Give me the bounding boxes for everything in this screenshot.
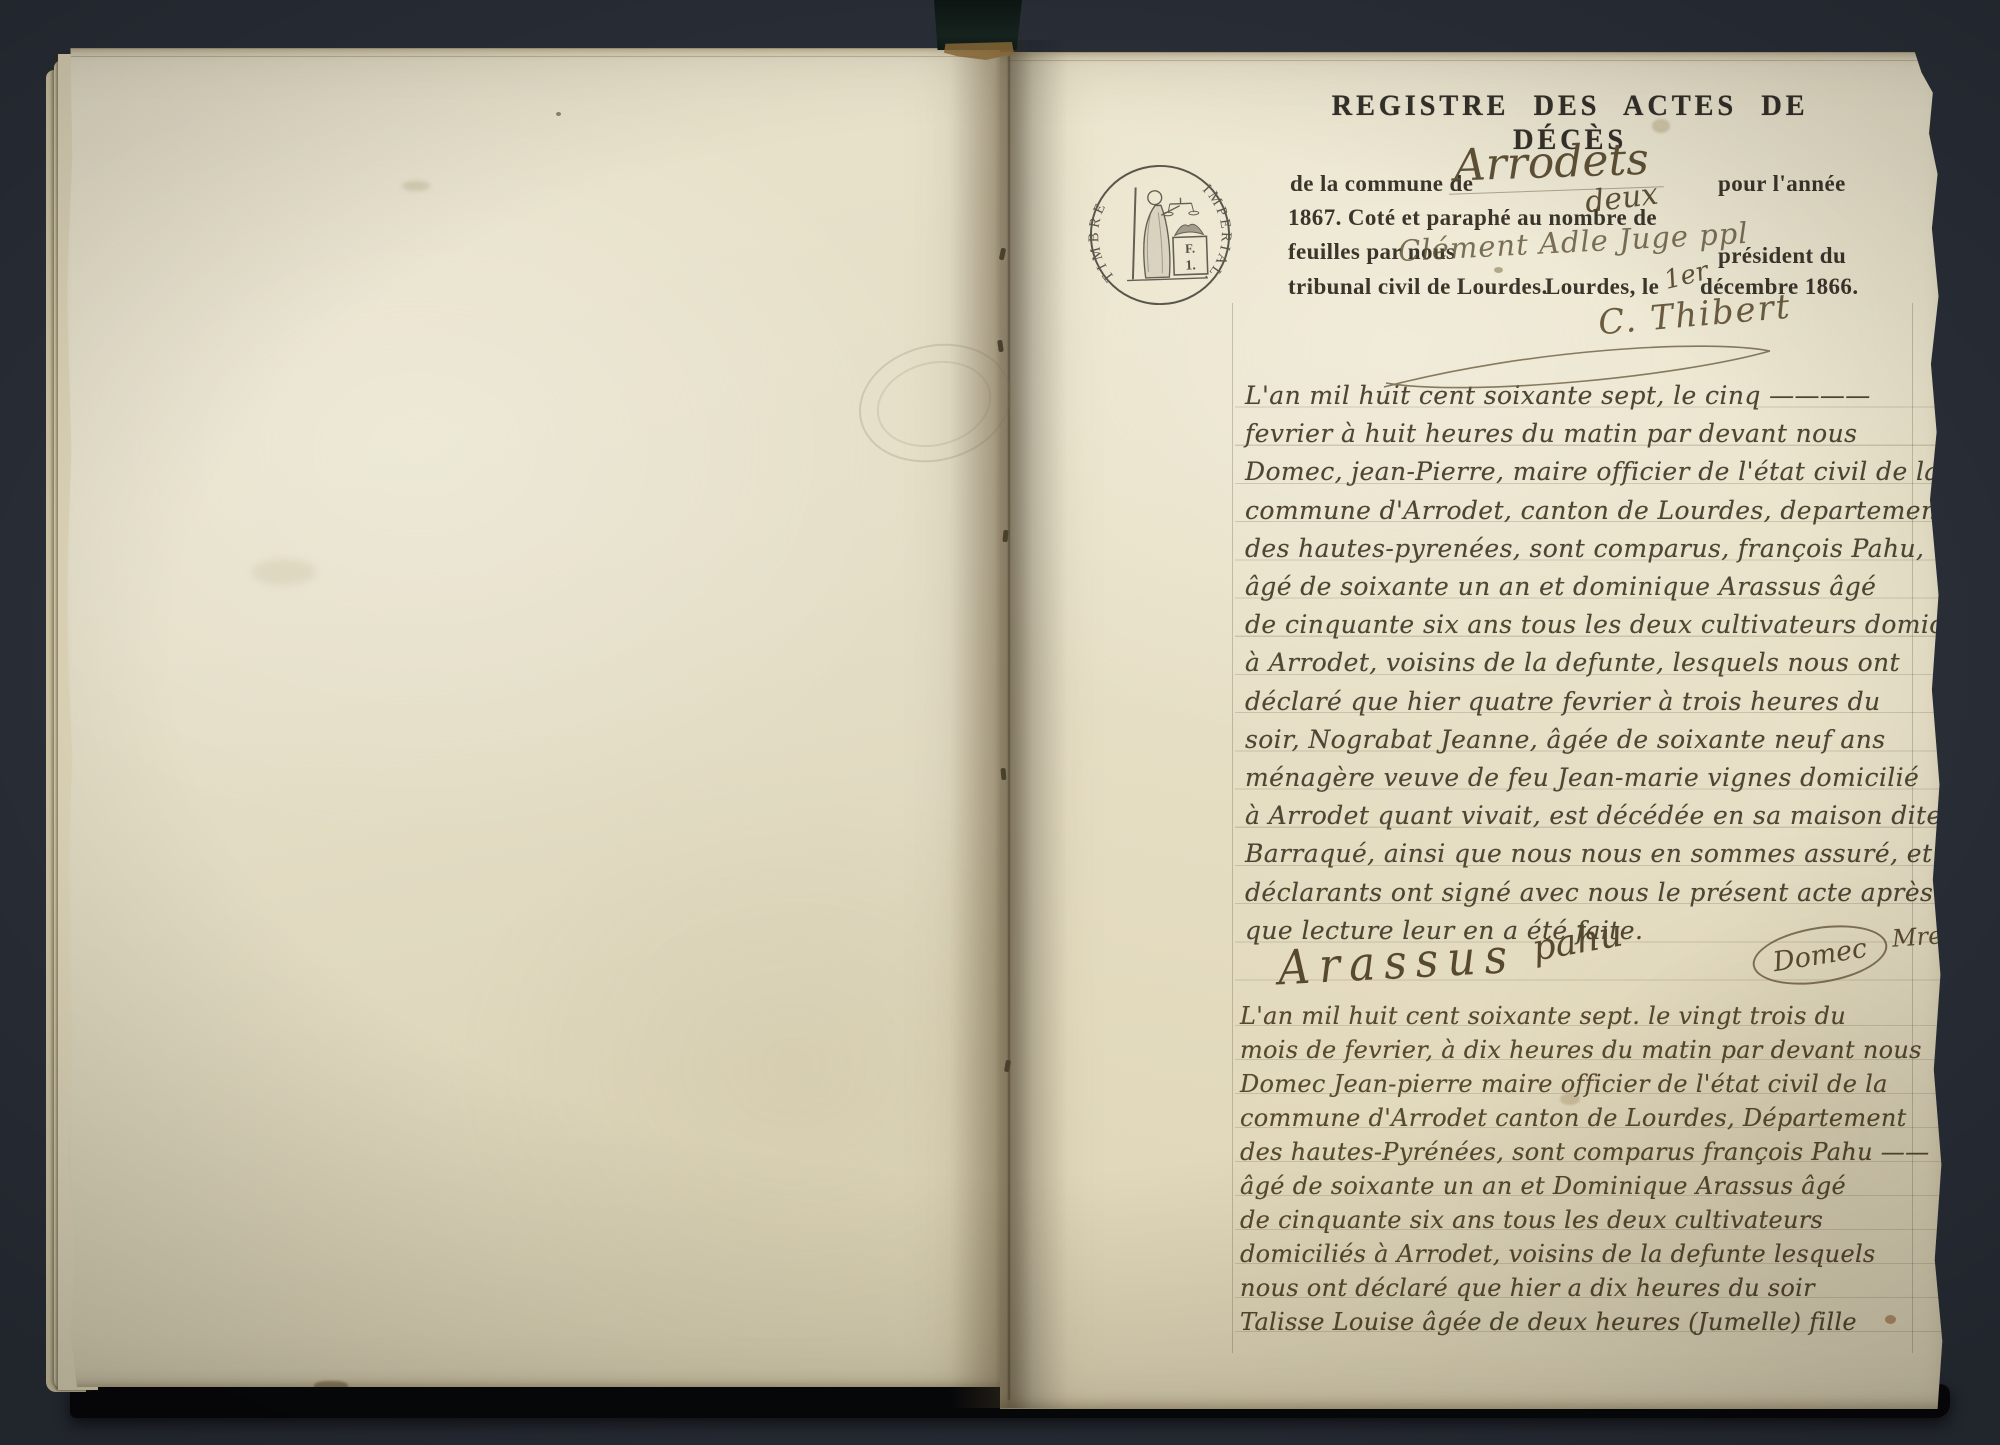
act-line: L'an mil huit cent soixante sept. le vin… [1240, 999, 1946, 1033]
stain [252, 559, 316, 585]
gutter-crease [1008, 56, 1010, 1400]
death-act-feb23: L'an mil huit cent soixante sept. le vin… [1240, 999, 1946, 1339]
act-line: Domec, jean-Pierre, maire officier de l'… [1245, 453, 1945, 491]
act-line: commune d'Arrodet, canton de Lourdes, de… [1245, 492, 1945, 530]
binding-stitch [1000, 768, 1006, 780]
act-line: domiciliés à Arrodet, voisins de la defu… [1240, 1237, 1946, 1271]
act-line: nous ont déclaré que hier a dix heures d… [1240, 1271, 1946, 1305]
stamp-arc-left-text: TIMBRE [1085, 197, 1119, 285]
act-line: à Arrodet quant vivait, est décédée en s… [1245, 797, 1945, 835]
act-line: Talisse Louise âgée de deux heures (Jume… [1240, 1305, 1946, 1339]
act-line: Barraqué, ainsi que nous nous en sommes … [1245, 835, 1945, 873]
act-line: des hautes-pyrenées, sont comparus, fran… [1245, 530, 1945, 568]
left-page [62, 48, 1000, 1387]
place-date-label: Lourdes, le [1545, 274, 1659, 300]
act-line: des hautes-Pyrénées, sont comparus franç… [1240, 1135, 1946, 1169]
act-line: soir, Nograbat Jeanne, âgée de soixante … [1245, 721, 1945, 759]
act-line: mois de fevrier, à dix heures du matin p… [1240, 1033, 1946, 1067]
stain [1494, 267, 1503, 273]
witness-signature-arassus: Arassus [1277, 929, 1518, 996]
signature-flourish [1378, 335, 1798, 405]
year-label: pour l'année [1718, 171, 1846, 197]
act-line: à Arrodet, voisins de la defunte, lesque… [1245, 644, 1945, 682]
right-page: REGISTRE DES ACTES DE DÉCÈS TIMBRE IMPER… [1000, 52, 1948, 1409]
act-line: déclarants ont signé avec nous le présen… [1245, 874, 1945, 912]
act-line: commune d'Arrodet canton de Lourdes, Dép… [1240, 1101, 1946, 1135]
stain [556, 112, 561, 116]
page-edge-line [1009, 60, 1929, 61]
commune-label: de la commune de [1290, 171, 1473, 197]
imperial-stamp-icon: TIMBRE IMPERIAL. F. 1. [1083, 158, 1236, 311]
act-line: âgé de soixante un an et Dominique Arass… [1240, 1169, 1946, 1203]
mayor-signature-text: Domec [1771, 932, 1869, 977]
death-act-feb5: L'an mil huit cent soixante sept, le cin… [1245, 377, 1945, 950]
act-line: déclaré que hier quatre fevrier à trois … [1245, 683, 1945, 721]
act-line: fevrier à huit heures du matin par devan… [1245, 415, 1945, 453]
act-line: ménagère veuve de feu Jean-marie vignes … [1245, 759, 1945, 797]
svg-text:TIMBRE: TIMBRE [1085, 197, 1119, 285]
act-line: de cinquante six ans tous les deux culti… [1245, 606, 1945, 644]
tribunal-label: tribunal civil de Lourdes. [1288, 274, 1548, 300]
stamp-denom-top: F. [1185, 242, 1195, 256]
mayor-title: Mre [1891, 921, 1943, 952]
act-line: âgé de soixante un an et dominique Arass… [1245, 568, 1945, 606]
president-label: président du [1718, 243, 1846, 269]
left-margin-rule [1232, 303, 1233, 1353]
stamp-denom-bottom: 1. [1185, 257, 1196, 272]
act-line: Domec Jean-pierre maire officier de l'ét… [1240, 1067, 1946, 1101]
act-line: de cinquante six ans tous les deux culti… [1240, 1203, 1946, 1237]
stain [402, 181, 430, 191]
register-scan: REGISTRE DES ACTES DE DÉCÈS TIMBRE IMPER… [0, 0, 2000, 1445]
page-edge-line [71, 56, 981, 57]
